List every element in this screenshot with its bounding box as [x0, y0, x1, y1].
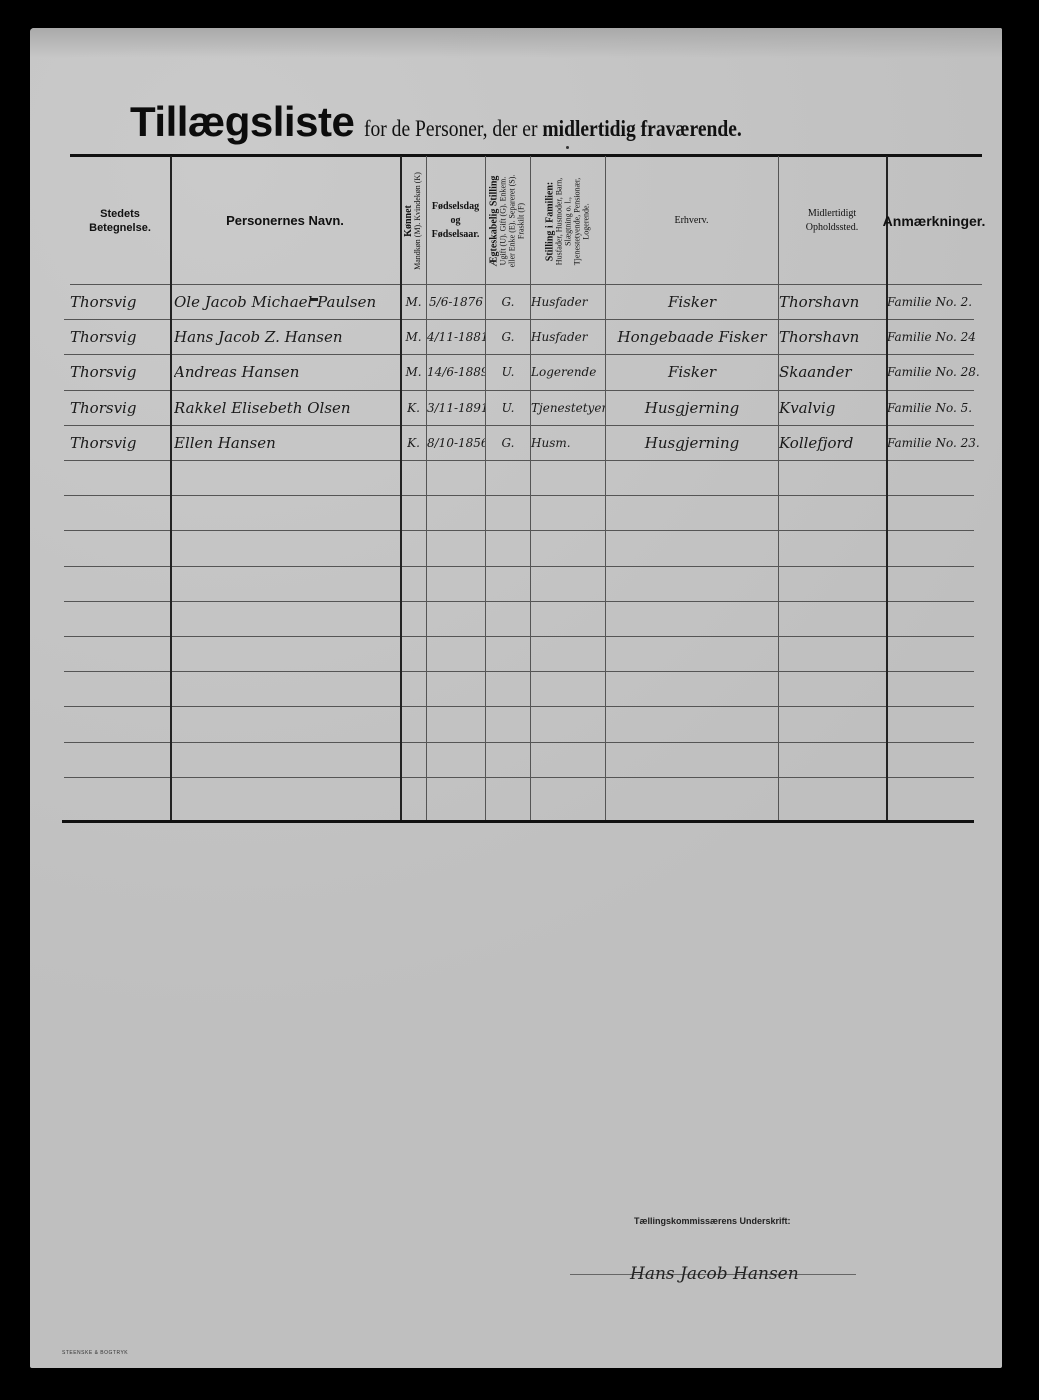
- cell-occupation: Hongebaade Fisker: [606, 321, 778, 353]
- header-occupation: Erhverv.: [605, 158, 778, 284]
- cell-birth: 4/11-1881: [427, 321, 485, 353]
- header-bottom-rule: [70, 284, 982, 285]
- cell-birth: 5/6-1876: [427, 286, 485, 318]
- header-sex: KønnetMandkøn (M). Kvindekøn (K): [400, 158, 426, 284]
- row-rule: [64, 777, 974, 778]
- header-remarks: Anmærkninger.: [886, 158, 982, 284]
- cell-sex: M.: [401, 321, 426, 353]
- cell-birth: 8/10-1856: [427, 427, 485, 459]
- cell-name: Rakkel Elisebeth Olsen: [174, 392, 400, 424]
- absentee-table: StedetsBetegnelse. Personernes Navn. Køn…: [70, 154, 982, 822]
- cell-remarks: Familie No. 28.: [887, 356, 982, 388]
- cell-marital: U.: [486, 392, 530, 424]
- signature-label: Tællingskommissærens Underskrift:: [634, 1216, 791, 1226]
- cell-place: Thorsvig: [70, 286, 170, 318]
- header-temp-residence: MidlertidigtOpholdssted.: [778, 158, 886, 284]
- title-sub-prefix: for de Personer, der er: [364, 116, 537, 141]
- form-title: Tillægsliste for de Personer, der er mid…: [130, 98, 809, 146]
- cell-place: Thorsvig: [70, 392, 170, 424]
- cell-family: Husfader: [531, 321, 605, 353]
- cell-marital: G.: [486, 427, 530, 459]
- row-rule: [64, 742, 974, 743]
- header-marital: Ægteskabelig StillingUgift (U). Gift (G)…: [485, 158, 530, 284]
- row-rule: [64, 671, 974, 672]
- cell-family: Tjenestetyende: [531, 392, 605, 424]
- row-rule: [64, 530, 974, 531]
- cell-family: Husfader: [531, 286, 605, 318]
- cell-residence: Thorshavn: [779, 321, 886, 353]
- cell-residence: Skaander: [779, 356, 886, 388]
- title-subtitle: for de Personer, der er midlertidig frav…: [364, 116, 742, 142]
- cell-remarks: Familie No. 5.: [887, 392, 982, 424]
- cell-residence: Kvalvig: [779, 392, 886, 424]
- signature-value: Hans Jacob Hansen: [600, 1260, 888, 1288]
- cell-remarks: Familie No. 23.: [887, 427, 982, 459]
- cell-name: Hans Jacob Z. Hansen: [174, 321, 400, 353]
- cell-family: Husm.: [531, 427, 605, 459]
- header-place: StedetsBetegnelse.: [70, 158, 170, 284]
- row-rule: [64, 354, 974, 355]
- census-form-page: Tillægsliste for de Personer, der er mid…: [30, 28, 1002, 1368]
- row-rule: [64, 495, 974, 496]
- cell-marital: G.: [486, 321, 530, 353]
- row-rule: [64, 601, 974, 602]
- cell-sex: K.: [401, 392, 426, 424]
- row-rule: [64, 319, 974, 320]
- cell-birth: 3/11-1891: [427, 392, 485, 424]
- ink-dot: [566, 146, 569, 149]
- header-birth: FødselsdagogFødselsaar.: [426, 158, 485, 284]
- cell-name: Ellen Hansen: [174, 427, 400, 459]
- row-rule: [64, 390, 974, 391]
- title-main: Tillægsliste: [130, 98, 354, 145]
- cell-marital: G.: [486, 286, 530, 318]
- cell-residence: Thorshavn: [779, 286, 886, 318]
- row-rule: [64, 425, 974, 426]
- cell-sex: M.: [401, 356, 426, 388]
- title-sub-bold: midlertidig fraværende.: [543, 116, 742, 141]
- cell-name: Andreas Hansen: [174, 356, 400, 388]
- cell-place: Thorsvig: [70, 321, 170, 353]
- page-edge-shade: [30, 28, 1002, 58]
- row-rule: [64, 636, 974, 637]
- row-rule: [64, 566, 974, 567]
- table-bottom-rule: [62, 820, 974, 823]
- cell-place: Thorsvig: [70, 356, 170, 388]
- cell-sex: K.: [401, 427, 426, 459]
- cell-residence: Kollefjord: [779, 427, 886, 459]
- row-rule: [64, 706, 974, 707]
- printer-mark: STEENSKE & BOGTRYK: [62, 1350, 128, 1356]
- cell-remarks: Familie No. 2.: [887, 286, 982, 318]
- cell-marital: U.: [486, 356, 530, 388]
- cell-occupation: Fisker: [606, 286, 778, 318]
- table-top-rule: [70, 154, 982, 157]
- cell-occupation: Husgjerning: [606, 392, 778, 424]
- cell-remarks: Familie No. 24: [887, 321, 982, 353]
- row-rule: [64, 460, 974, 461]
- cell-family: Logerende: [531, 356, 605, 388]
- cell-sex: M.: [401, 286, 426, 318]
- header-family: Stilling i Familien:Husfader, Husmoder, …: [530, 158, 605, 284]
- cell-birth: 14/6-1889: [427, 356, 485, 388]
- header-name: Personernes Navn.: [170, 158, 400, 284]
- cell-name: Ole Jacob Michael Paulsen: [174, 286, 400, 318]
- cell-occupation: Fisker: [606, 356, 778, 388]
- cell-place: Thorsvig: [70, 427, 170, 459]
- cell-occupation: Husgjerning: [606, 427, 778, 459]
